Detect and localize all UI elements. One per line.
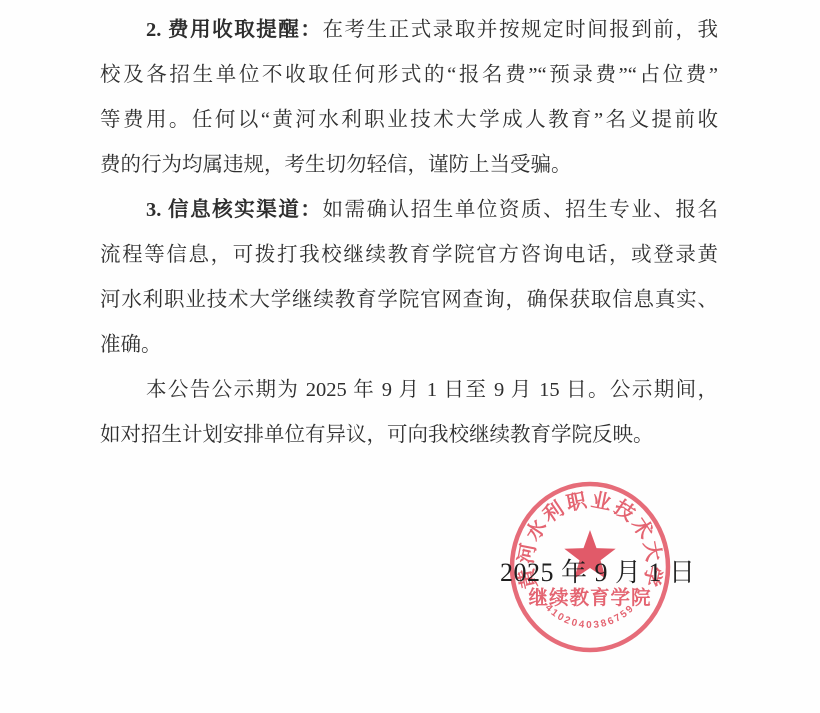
line-text: 等费用。任何以“黄河水利职业技术大学成人教育”名义提前收 [100,109,718,131]
line-text: 河水利职业技术大学继续教育学院官网查询，确保获取信息真实、 [100,289,718,311]
seal-department-text: 继续教育学院 [528,586,651,609]
document-line: 河水利职业技术大学继续教育学院官网查询，确保获取信息真实、 [100,278,718,323]
line-label: 2. 费用收取提醒： [146,19,322,41]
document-line: 2. 费用收取提醒：在考生正式录取并按规定时间报到前，我 [100,8,718,53]
document-line: 校及各招生单位不收取任何形式的“报名费”“预录费”“占位费” [100,53,718,98]
document-body: 2. 费用收取提醒：在考生正式录取并按规定时间报到前，我 校及各招生单位不收取任… [100,8,718,458]
line-text: 在考生正式录取并按规定时间报到前，我 [322,19,718,41]
document-line: 费的行为均属违规，考生切勿轻信，谨防上当受骗。 [100,143,718,188]
document-line: 流程等信息，可拨打我校继续教育学院官方咨询电话，或登录黄 [100,233,718,278]
document-line: 3. 信息核实渠道：如需确认招生单位资质、招生专业、报名 [100,188,718,233]
line-text: 本公告公示期为 2025 年 9 月 1 日至 9 月 15 日。公示期间， [146,379,718,401]
line-label: 3. 信息核实渠道： [146,199,322,221]
line-text: 费的行为均属违规，考生切勿轻信，谨防上当受骗。 [100,154,572,176]
document-line: 等费用。任何以“黄河水利职业技术大学成人教育”名义提前收 [100,98,718,143]
document-line: 本公告公示期为 2025 年 9 月 1 日至 9 月 15 日。公示期间， [100,368,718,413]
document-line: 如对招生计划安排单位有异议，可向我校继续教育学院反映。 [100,413,718,458]
document-page: { "page": { "background": "#fefefe", "te… [0,0,820,713]
line-text: 校及各招生单位不收取任何形式的“报名费”“预录费”“占位费” [100,64,718,86]
line-text: 流程等信息，可拨打我校继续教育学院官方咨询电话，或登录黄 [100,244,718,266]
line-text: 如需确认招生单位资质、招生专业、报名 [322,199,718,221]
line-text: 准确。 [100,334,162,356]
document-date: 2025 年 9 月 1 日 [500,557,696,589]
line-text: 如对招生计划安排单位有异议，可向我校继续教育学院反映。 [100,424,654,446]
document-line: 准确。 [100,323,718,368]
